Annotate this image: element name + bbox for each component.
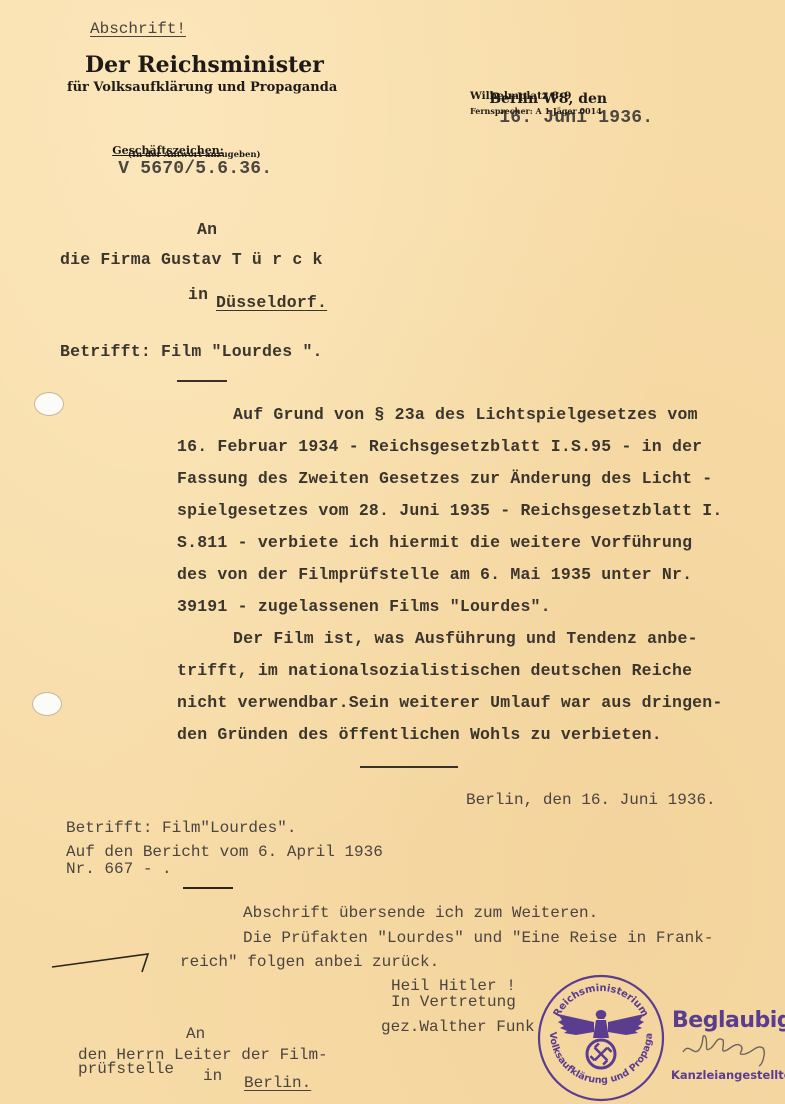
body-p2-line3: nicht verwendbar.Sein weiterer Umlauf wa… [177, 693, 723, 712]
ministry-subtitle: für Volksaufklärung und Propaganda [67, 80, 337, 95]
body-p1-line5: S.811 - verbiete ich hiermit die weitere… [177, 533, 692, 552]
phone-line: Fernsprecher: A 1 Jäger 0014 [470, 106, 602, 116]
divider-2 [360, 766, 458, 768]
second-recipient-city: Berlin. [244, 1074, 311, 1092]
recipient-to: An [197, 220, 217, 239]
body-p1-line6: des von der Filmprüfstelle am 6. Mai 193… [177, 565, 692, 584]
handwritten-signature [675, 1030, 785, 1070]
second-text-line1: Abschrift übersende ich zum Weiteren. [243, 904, 598, 922]
recipient-city: Düsseldorf. [216, 293, 327, 312]
body-p1-line2: 16. Februar 1934 - Reichsgesetzblatt I.S… [177, 437, 702, 456]
second-recipient-to: An [186, 1025, 205, 1043]
punch-hole-top [34, 392, 64, 416]
report-line-2: Nr. 667 - . [66, 860, 172, 878]
second-recipient-line2: prüfstelle [78, 1060, 174, 1078]
subject-line: Betrifft: Film "Lourdes ". [60, 342, 323, 361]
body-p1-line4: spielgesetzes vom 28. Juni 1935 - Reichs… [177, 501, 723, 520]
second-text-line2: Die Prüfakten "Lourdes" und "Eine Reise … [243, 929, 713, 947]
official-stamp: Reichsministerium für Volksaufklärung un… [536, 972, 666, 1104]
copy-mark: Abschrift! [90, 20, 186, 38]
body-p1-line3: Fassung des Zweiten Gesetzes zur Änderun… [177, 469, 712, 488]
body-p1-line1: Auf Grund von § 23a des Lichtspielgesetz… [233, 405, 698, 424]
address-line: Wilhelmplatz 8–9 [470, 90, 571, 102]
second-date-line: Berlin, den 16. Juni 1936. [466, 791, 716, 809]
clerk-title: Kanzleiangestellte [671, 1068, 785, 1082]
divider-3 [183, 887, 233, 889]
body-p2-line4: den Gründen des öffentlichen Wohls zu ve… [177, 725, 662, 744]
ministry-title: Der Reichsminister [85, 52, 324, 78]
body-p1-line7: 39191 - zugelassenen Films "Lourdes". [177, 597, 551, 616]
body-p2-line1: Der Film ist, was Ausführung und Tendenz… [233, 629, 698, 648]
signature-line: gez.Walther Funk [381, 1018, 535, 1036]
reference-value: V 5670/5.6.36. [118, 159, 272, 179]
divider-1 [177, 380, 227, 382]
deputy-note: In Vertretung [391, 993, 516, 1011]
eagle-emblem-icon [558, 1010, 644, 1068]
report-line-1: Auf den Bericht vom 6. April 1936 [66, 843, 383, 861]
recipient-in: in [188, 285, 208, 304]
body-p2-line2: trifft, im nationalsozialistischen deuts… [177, 661, 692, 680]
punch-hole-bottom [32, 692, 62, 716]
recipient-firm: die Firma Gustav T ü r c k [60, 250, 323, 269]
pen-mark [40, 935, 150, 975]
second-recipient-in: in [203, 1067, 222, 1085]
second-text-line3: reich" folgen anbei zurück. [180, 953, 439, 971]
reference-note: (In der Antwort anzugeben) [128, 150, 261, 160]
second-subject: Betrifft: Film"Lourdes". [66, 819, 296, 837]
